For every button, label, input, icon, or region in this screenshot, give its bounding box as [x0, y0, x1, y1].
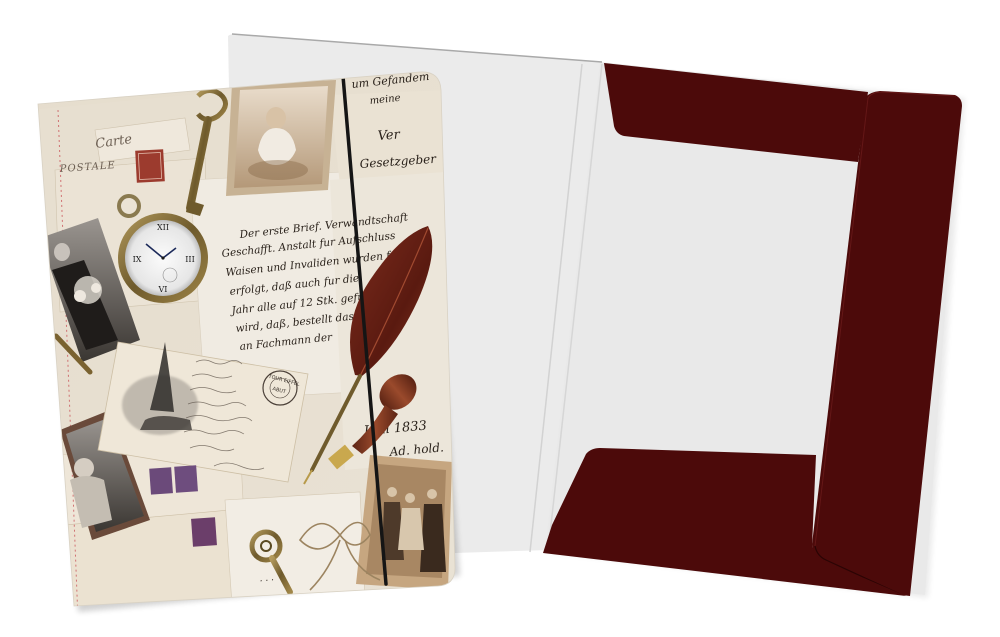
- red-stamp: [135, 149, 165, 182]
- svg-text:IX: IX: [133, 255, 142, 264]
- svg-text:XII: XII: [157, 223, 169, 232]
- svg-text:· · ·: · · ·: [259, 576, 274, 587]
- folder-product-scene: um Gefandem meine Ver Gesetzgeber Der er…: [0, 0, 1000, 637]
- svg-text:III: III: [185, 255, 194, 264]
- svg-text:VI: VI: [158, 285, 168, 294]
- family-portrait-photo: [356, 455, 452, 590]
- front-cover: um Gefandem meine Ver Gesetzgeber Der er…: [30, 60, 470, 620]
- baby-portrait-photo: [226, 80, 336, 196]
- svg-text:Ver: Ver: [377, 127, 401, 144]
